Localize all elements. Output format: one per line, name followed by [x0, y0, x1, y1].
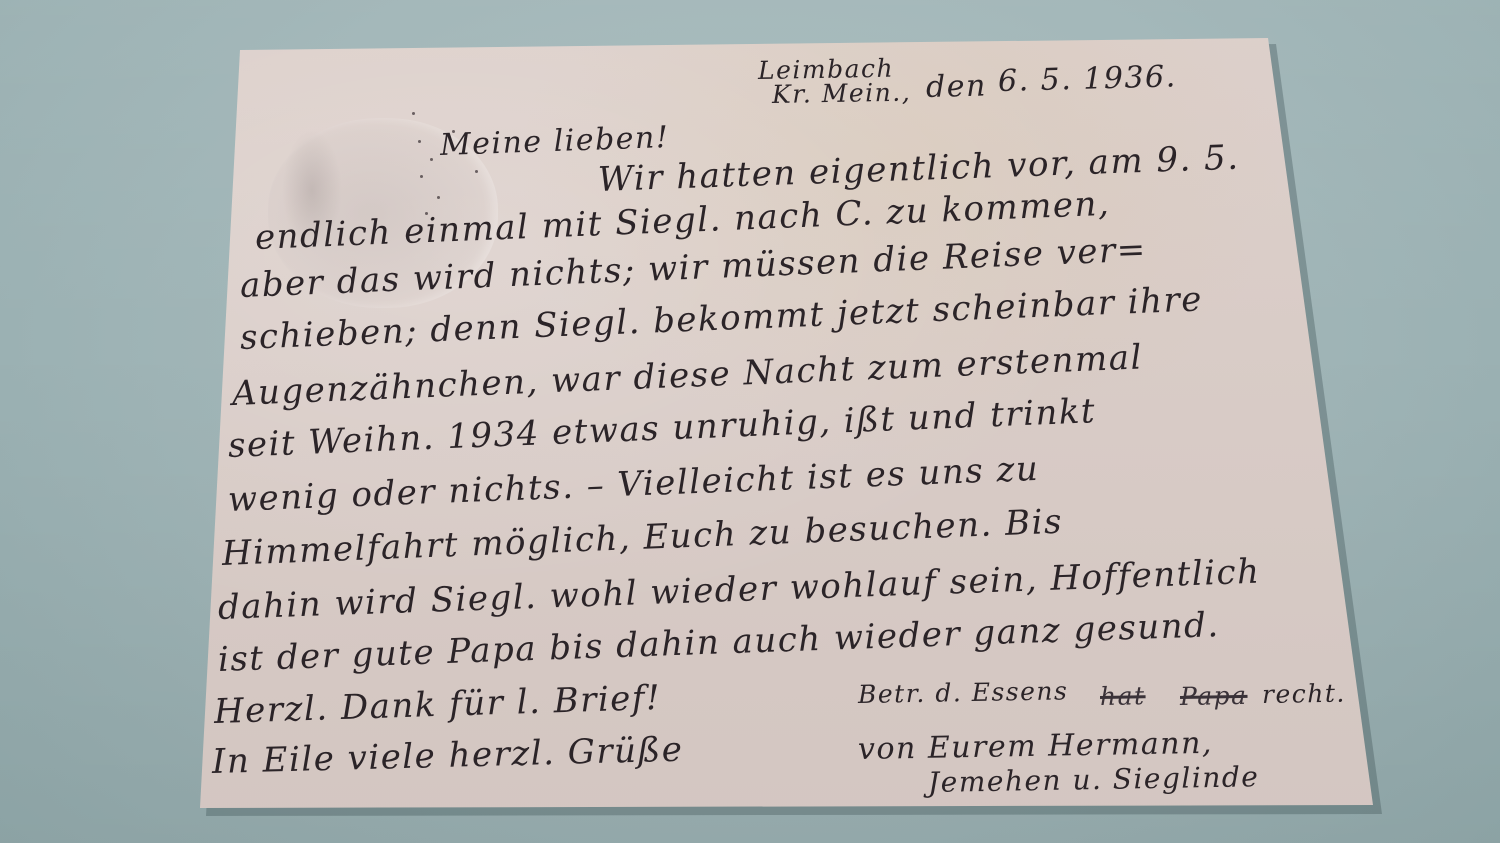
speck — [437, 196, 440, 199]
letter-date: 6. 5. 1936. — [998, 59, 1178, 99]
signature-line-1: von Eurem Hermann, — [858, 726, 1213, 767]
district-name: Kr. Mein., — [772, 78, 912, 109]
speck — [475, 170, 478, 173]
speck — [420, 175, 423, 178]
speck — [418, 140, 421, 143]
thanks-line: Herzl. Dank für l. Brief! — [213, 678, 661, 732]
postcard: Leimbach Kr. Mein., den 6. 5. 1936. Mein… — [0, 0, 1500, 843]
note-prefix: Betr. d. Essens — [858, 676, 1069, 709]
salutation: Meine lieben! — [439, 120, 670, 163]
closing-line: In Eile viele herzl. Grüße — [211, 730, 683, 782]
note-suffix: recht. — [1262, 679, 1346, 709]
speck — [412, 112, 415, 115]
struck-word-1: hat — [1100, 681, 1146, 711]
signature-line-2: Jemehen u. Sieglinde — [928, 760, 1260, 799]
speck — [430, 158, 433, 161]
date-prefix: den — [926, 68, 988, 105]
struck-word-2: Papa — [1180, 681, 1248, 711]
